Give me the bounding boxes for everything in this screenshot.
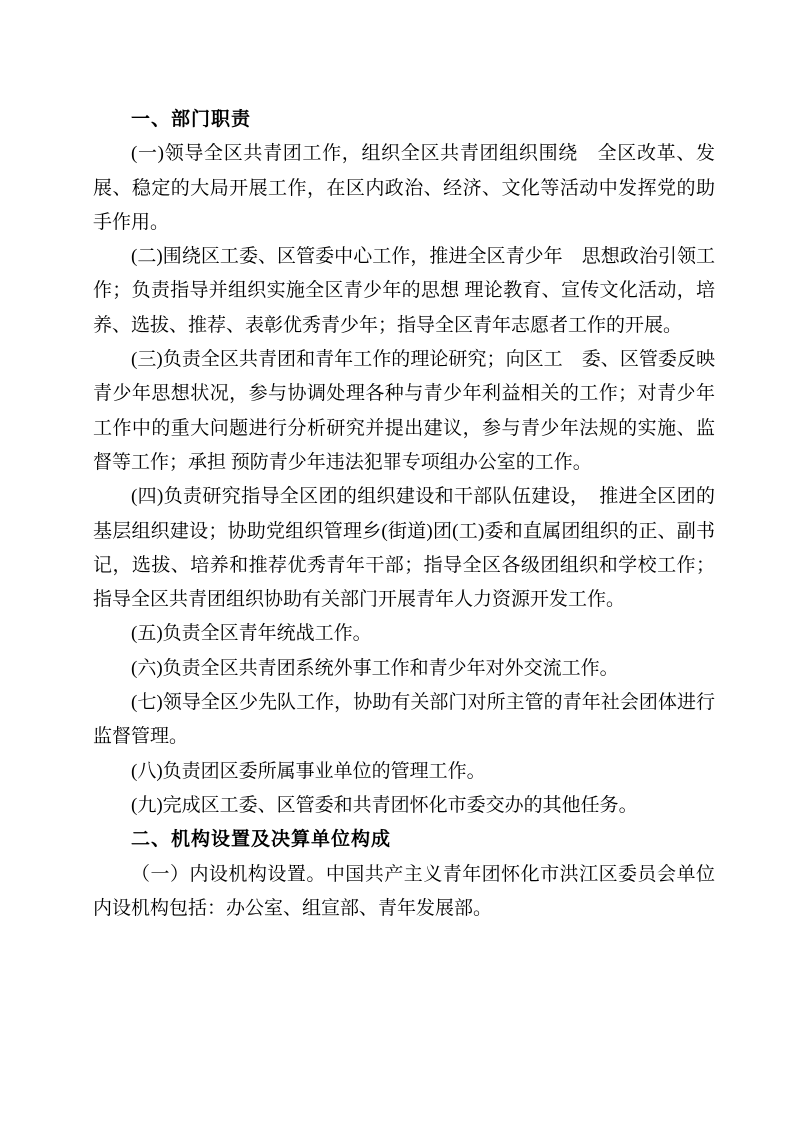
document-body: 一、部门职责(一)领导全区共青团工作，组织全区共青团组织围绕 全区改革、发展、稳… — [93, 103, 715, 926]
document-paragraph: (三)负责全区共青团和青年工作的理论研究；向区工 委、区管委反映青少年思想状况，… — [93, 343, 715, 480]
document-paragraph: (二)围绕区工委、区管委中心工作，推进全区青少年 思想政治引领工作；负责指导并组… — [93, 240, 715, 343]
section-heading: 一、部门职责 — [93, 103, 715, 137]
document-paragraph: (七)领导全区少先队工作，协助有关部门对所主管的青年社会团体进行监督管理。 — [93, 686, 715, 755]
section-heading: 二、机构设置及决算单位构成 — [93, 823, 715, 857]
document-page: 一、部门职责(一)领导全区共青团工作，组织全区共青团组织围绕 全区改革、发展、稳… — [0, 0, 793, 1122]
document-paragraph: (五)负责全区青年统战工作。 — [93, 617, 715, 651]
document-paragraph: (九)完成区工委、区管委和共青团怀化市委交办的其他任务。 — [93, 789, 715, 823]
document-paragraph: （一）内设机构设置。中国共产主义青年团怀化市洪江区委员会单位内设机构包括：办公室… — [93, 858, 715, 927]
document-paragraph: (六)负责全区共青团系统外事工作和青少年对外交流工作。 — [93, 652, 715, 686]
document-paragraph: (八)负责团区委所属事业单位的管理工作。 — [93, 755, 715, 789]
document-paragraph: (四)负责研究指导全区团的组织建设和干部队伍建设， 推进全区团的基层组织建设；协… — [93, 480, 715, 617]
document-paragraph: (一)领导全区共青团工作，组织全区共青团组织围绕 全区改革、发展、稳定的大局开展… — [93, 137, 715, 240]
